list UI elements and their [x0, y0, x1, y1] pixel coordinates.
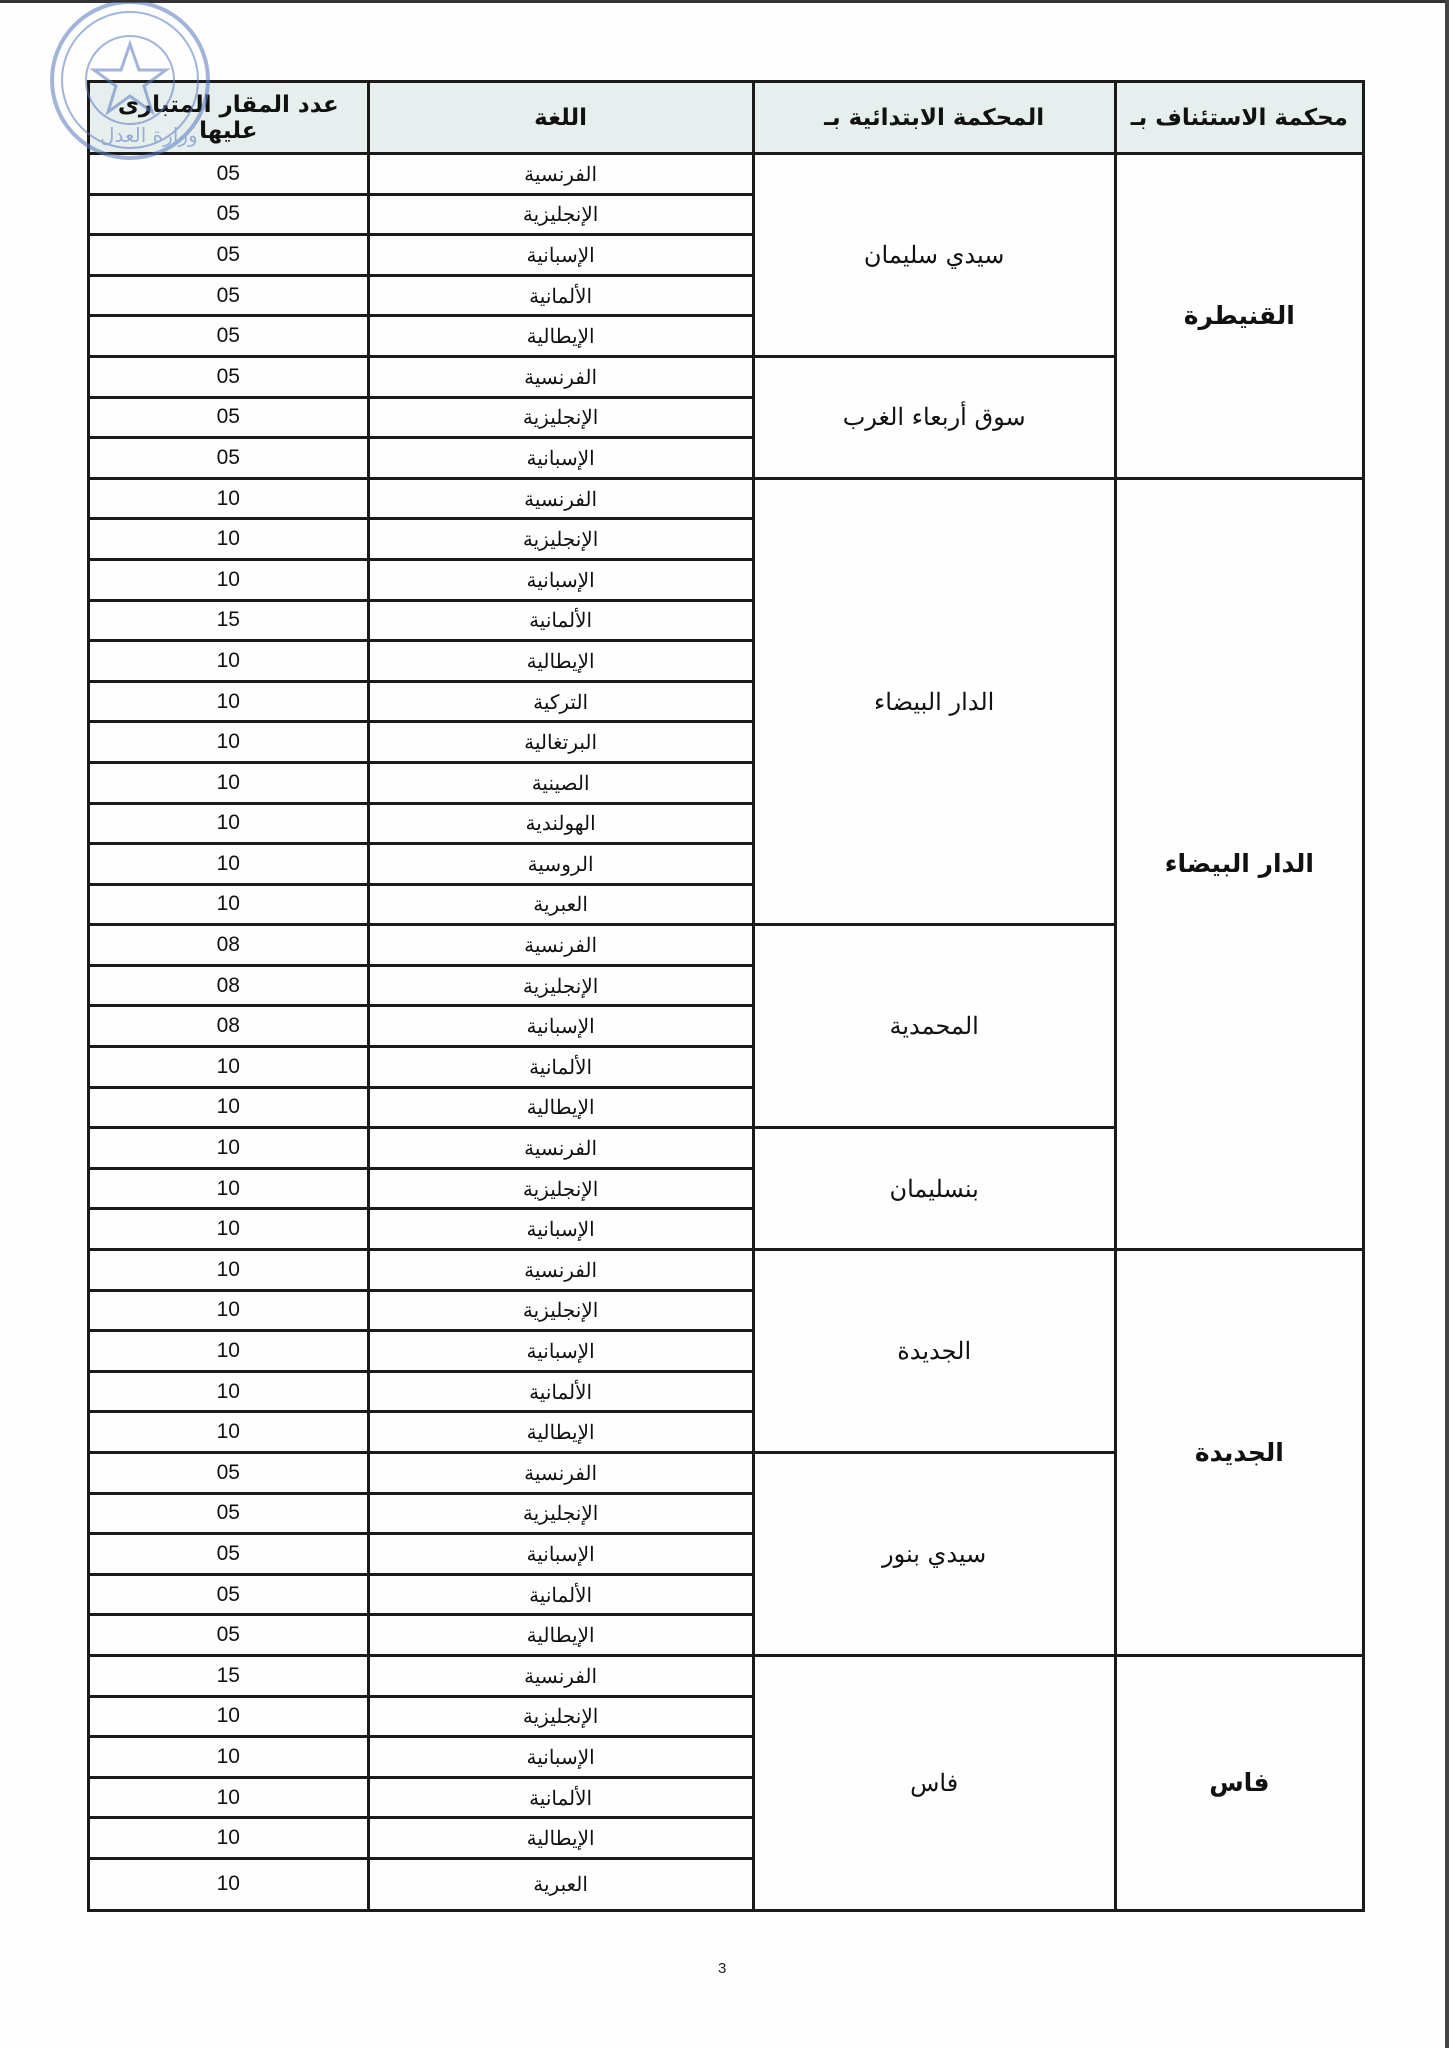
language-cell: الإسبانية — [368, 1331, 753, 1372]
seats-cell: 10 — [89, 762, 369, 803]
seats-cell: 10 — [89, 803, 369, 844]
seats-cell: 10 — [89, 1290, 369, 1331]
scan-right-edge — [1445, 0, 1449, 2048]
language-cell: الإيطالية — [368, 1818, 753, 1859]
language-cell: الهولندية — [368, 803, 753, 844]
seats-cell: 10 — [89, 559, 369, 600]
document-page: وزارة العدل محكمة الاستئناف بـ المحكمة ا… — [0, 0, 1449, 2048]
header-language: اللغة — [368, 82, 753, 154]
seats-cell: 05 — [89, 1534, 369, 1575]
language-cell: الإسبانية — [368, 235, 753, 276]
seats-cell: 10 — [89, 1371, 369, 1412]
language-cell: الإسبانية — [368, 1737, 753, 1778]
language-cell: البرتغالية — [368, 722, 753, 763]
seats-cell: 10 — [89, 1250, 369, 1291]
seats-cell: 05 — [89, 316, 369, 357]
page-number: 3 — [718, 1960, 726, 1977]
language-cell: الإيطالية — [368, 316, 753, 357]
language-cell: الإيطالية — [368, 1615, 753, 1656]
language-cell: العبرية — [368, 1858, 753, 1910]
seats-cell: 08 — [89, 925, 369, 966]
seats-cell: 10 — [89, 722, 369, 763]
language-cell: الألمانية — [368, 275, 753, 316]
table-row: القنيطرة سيدي سليمان الفرنسية 05 — [89, 154, 1364, 195]
language-cell: الفرنسية — [368, 1128, 753, 1169]
seats-distribution-table: محكمة الاستئناف بـ المحكمة الابتدائية بـ… — [87, 80, 1365, 1912]
language-cell: الإيطالية — [368, 1412, 753, 1453]
language-cell: الإنجليزية — [368, 1696, 753, 1737]
language-cell: الإسبانية — [368, 1209, 753, 1250]
seats-cell: 10 — [89, 1818, 369, 1859]
language-cell: الإنجليزية — [368, 1168, 753, 1209]
court-cell: سيدي بنور — [753, 1453, 1115, 1656]
court-cell: الجديدة — [753, 1250, 1115, 1453]
language-cell: الألمانية — [368, 1047, 753, 1088]
seats-cell: 05 — [89, 154, 369, 195]
language-cell: الألمانية — [368, 1371, 753, 1412]
language-cell: الإيطالية — [368, 1087, 753, 1128]
table-row: الدار البيضاء الدار البيضاء الفرنسية 10 — [89, 478, 1364, 519]
seats-cell: 05 — [89, 397, 369, 438]
seats-cell: 05 — [89, 438, 369, 479]
seats-cell: 10 — [89, 681, 369, 722]
seats-cell: 10 — [89, 1331, 369, 1372]
language-cell: الإنجليزية — [368, 965, 753, 1006]
seats-cell: 10 — [89, 1412, 369, 1453]
court-cell: سوق أربعاء الغرب — [753, 356, 1115, 478]
language-cell: الفرنسية — [368, 356, 753, 397]
seats-cell: 05 — [89, 1615, 369, 1656]
court-cell: المحمدية — [753, 925, 1115, 1128]
language-cell: الألمانية — [368, 1574, 753, 1615]
seats-cell: 10 — [89, 1696, 369, 1737]
court-cell: الدار البيضاء — [753, 478, 1115, 925]
seats-cell: 10 — [89, 1737, 369, 1778]
seats-cell: 10 — [89, 641, 369, 682]
appeal-court-cell: الجديدة — [1115, 1250, 1363, 1656]
seats-cell: 10 — [89, 1168, 369, 1209]
court-cell: فاس — [753, 1655, 1115, 1910]
seats-cell: 10 — [89, 519, 369, 560]
language-cell: الفرنسية — [368, 1453, 753, 1494]
language-cell: الإسبانية — [368, 559, 753, 600]
language-cell: الفرنسية — [368, 1655, 753, 1696]
seats-cell: 05 — [89, 194, 369, 235]
seats-cell: 15 — [89, 600, 369, 641]
header-seats: عدد المقار المتبارى عليها — [89, 82, 369, 154]
language-cell: الإسبانية — [368, 1534, 753, 1575]
table-header-row: محكمة الاستئناف بـ المحكمة الابتدائية بـ… — [89, 82, 1364, 154]
court-cell: سيدي سليمان — [753, 154, 1115, 357]
seats-cell: 05 — [89, 1453, 369, 1494]
seats-cell: 10 — [89, 1858, 369, 1910]
table-row: فاس فاس الفرنسية 15 — [89, 1655, 1364, 1696]
seats-cell: 05 — [89, 1493, 369, 1534]
seats-cell: 08 — [89, 1006, 369, 1047]
seats-cell: 10 — [89, 1777, 369, 1818]
appeal-court-cell: الدار البيضاء — [1115, 478, 1363, 1249]
language-cell: الإنجليزية — [368, 519, 753, 560]
court-cell: بنسليمان — [753, 1128, 1115, 1250]
appeal-court-cell: فاس — [1115, 1655, 1363, 1910]
language-cell: الفرنسية — [368, 925, 753, 966]
language-cell: الفرنسية — [368, 478, 753, 519]
language-cell: الإنجليزية — [368, 397, 753, 438]
seats-cell: 05 — [89, 1574, 369, 1615]
language-cell: الإنجليزية — [368, 1493, 753, 1534]
seats-cell: 10 — [89, 844, 369, 885]
appeal-court-cell: القنيطرة — [1115, 154, 1363, 479]
seats-cell: 10 — [89, 1128, 369, 1169]
language-cell: الإنجليزية — [368, 194, 753, 235]
seats-cell: 05 — [89, 235, 369, 276]
seats-cell: 08 — [89, 965, 369, 1006]
language-cell: الصينية — [368, 762, 753, 803]
language-cell: الفرنسية — [368, 1250, 753, 1291]
seats-cell: 10 — [89, 1209, 369, 1250]
language-cell: الإسبانية — [368, 1006, 753, 1047]
seats-cell: 05 — [89, 356, 369, 397]
language-cell: الألمانية — [368, 600, 753, 641]
language-cell: الفرنسية — [368, 154, 753, 195]
seats-cell: 05 — [89, 275, 369, 316]
seats-cell: 10 — [89, 1047, 369, 1088]
language-cell: الإسبانية — [368, 438, 753, 479]
scan-top-edge — [0, 0, 1449, 3]
seats-cell: 10 — [89, 1087, 369, 1128]
language-cell: التركية — [368, 681, 753, 722]
table-row: الجديدة الجديدة الفرنسية 10 — [89, 1250, 1364, 1291]
language-cell: الألمانية — [368, 1777, 753, 1818]
language-cell: الإنجليزية — [368, 1290, 753, 1331]
header-appeal-court: محكمة الاستئناف بـ — [1115, 82, 1363, 154]
seats-cell: 10 — [89, 884, 369, 925]
language-cell: الروسية — [368, 844, 753, 885]
seats-cell: 15 — [89, 1655, 369, 1696]
header-first-instance-court: المحكمة الابتدائية بـ — [753, 82, 1115, 154]
language-cell: الإيطالية — [368, 641, 753, 682]
seats-cell: 10 — [89, 478, 369, 519]
language-cell: العبرية — [368, 884, 753, 925]
